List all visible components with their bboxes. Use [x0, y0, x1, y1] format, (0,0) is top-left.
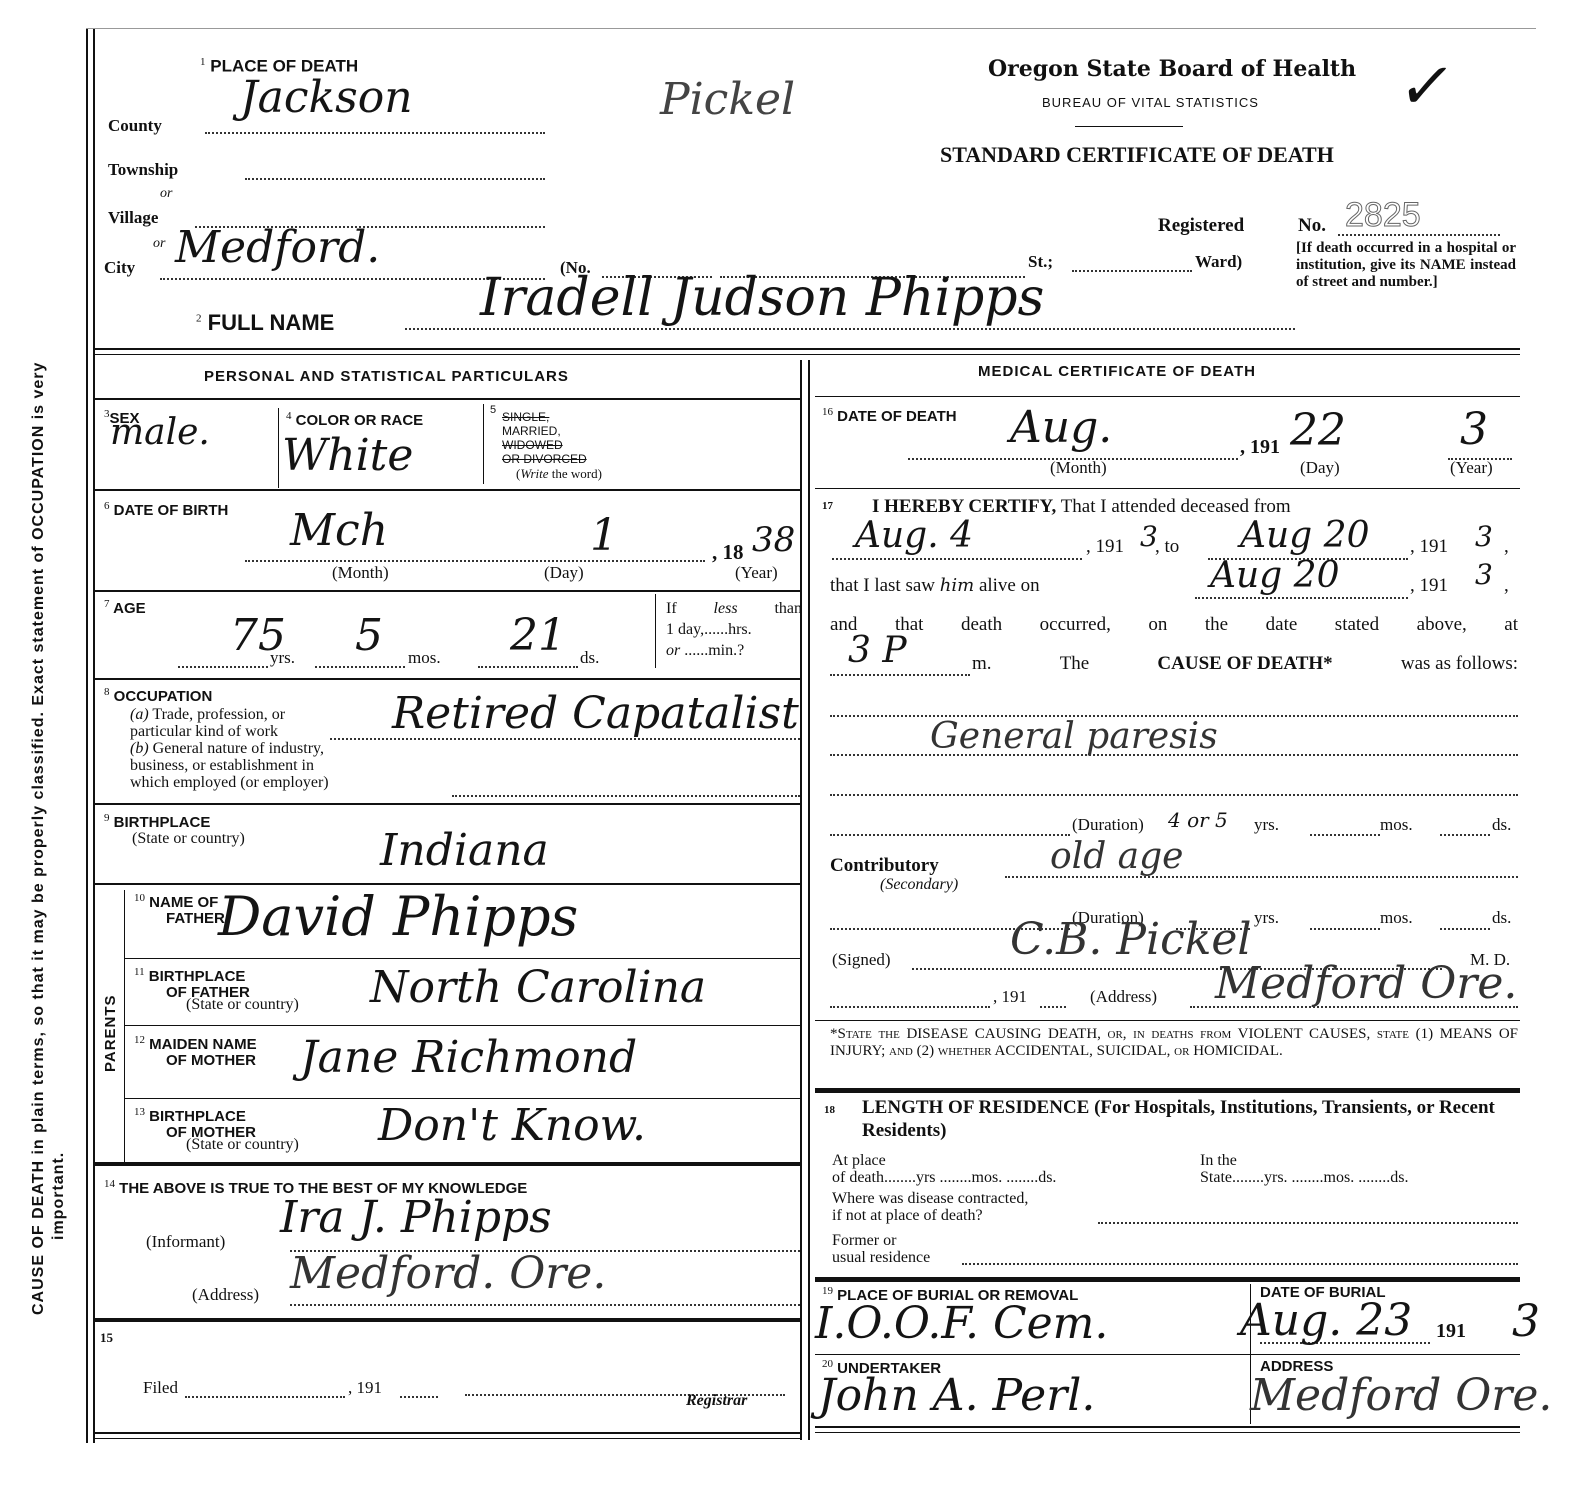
- certificate-title: STANDARD CERTIFICATE OF DEATH: [940, 142, 1334, 168]
- marital-status-options: SINGLE, MARRIED, WIDOWED OR DIVORCED: [502, 410, 587, 466]
- mother-name-value[interactable]: Jane Richmond: [300, 1032, 637, 1083]
- disease-contracted: Where was disease contracted, if not at …: [832, 1190, 1028, 1224]
- occupation-value[interactable]: Retired Capatalist: [392, 688, 799, 739]
- pronoun-value: him: [940, 575, 974, 596]
- age-less-than-day: Iflessthan 1 day,......hrs. or ......min…: [666, 598, 802, 661]
- county-label: County: [108, 116, 162, 136]
- informant-address-value[interactable]: Medford. Ore.: [290, 1248, 606, 1299]
- former-residence: Former or usual residence: [832, 1232, 930, 1266]
- marital-option-married: MARRIED,: [502, 424, 587, 438]
- father-name-value[interactable]: David Phipps: [218, 885, 578, 948]
- birthplace-value[interactable]: Indiana: [380, 825, 549, 876]
- agency-title: Oregon State Board of Health: [988, 56, 1356, 82]
- duration-years-value[interactable]: 4 or 5: [1168, 808, 1228, 832]
- village-label: Village: [108, 208, 158, 228]
- marital-hint: (Write the word): [516, 466, 602, 482]
- margin-note-line1: CAUSE OF DEATH in plain terms, so that i…: [30, 362, 47, 1315]
- signed-label: (Signed): [832, 950, 891, 970]
- check-mark-icon: ✓: [1393, 50, 1460, 124]
- dob-label: 6 DATE OF BIRTH: [104, 500, 228, 519]
- residence-in-state: In the State........yrs. ........mos. ..…: [1200, 1152, 1408, 1186]
- full-name-value[interactable]: Iradell Judson Phipps: [480, 268, 1044, 328]
- registrar-label: Registrar: [686, 1392, 747, 1410]
- last-saw-year[interactable]: 3: [1475, 558, 1493, 591]
- parents-label: PARENTS: [102, 994, 119, 1072]
- age-days[interactable]: 21: [510, 610, 566, 661]
- township-label: Township: [108, 160, 178, 180]
- margin-note-2: important.: [50, 1152, 68, 1240]
- birthplace-label: 9 BIRTHPLACE: [104, 812, 210, 831]
- physician-address[interactable]: Medford Ore.: [1215, 958, 1517, 1009]
- cause-of-death-value[interactable]: General paresis: [930, 716, 1218, 757]
- dod-label: 16 DATE OF DEATH: [822, 406, 957, 425]
- attended-to-date[interactable]: Aug 20: [1240, 515, 1369, 556]
- personal-heading: PERSONAL AND STATISTICAL PARTICULARS: [204, 368, 569, 385]
- undertaker-value[interactable]: John A. Perl.: [818, 1370, 1095, 1421]
- filed-label: Filed: [143, 1378, 178, 1398]
- father-birthplace-value[interactable]: North Carolina: [370, 962, 706, 1013]
- occurred-line: and that death occurred, on the date sta…: [830, 614, 1518, 636]
- residence-at-place: At place of death........yrs ........mos…: [832, 1152, 1056, 1186]
- annotation-pickel: Pickel: [660, 74, 795, 125]
- burial-place-value[interactable]: I.O.O.F. Cem.: [815, 1298, 1108, 1349]
- margin-note: CAUSE OF DEATH in plain terms, so that i…: [30, 362, 48, 1315]
- marital-option-divorced: OR DIVORCED: [502, 452, 587, 466]
- margin-note-line2: important.: [50, 1152, 67, 1240]
- bureau-title: BUREAU OF VITAL STATISTICS: [1042, 95, 1259, 110]
- undertaker-address-value[interactable]: Medford Ore.: [1250, 1370, 1552, 1421]
- dob-day[interactable]: 1: [590, 510, 618, 561]
- full-name-label: 2 FULL NAME: [196, 310, 334, 336]
- age-months[interactable]: 5: [355, 610, 383, 661]
- informant-value[interactable]: Ira J. Phipps: [280, 1192, 552, 1243]
- sex-value[interactable]: male.: [110, 412, 210, 453]
- occupation-label: 8 OCCUPATION: [104, 686, 212, 705]
- color-label: 4 COLOR OR RACE: [286, 410, 423, 429]
- county-value[interactable]: Jackson: [240, 72, 413, 123]
- mother-name-label: 12 MAIDEN NAME OF MOTHER: [134, 1032, 257, 1069]
- burial-date-value[interactable]: Aug. 23: [1240, 1295, 1412, 1346]
- cause-line: m. The CAUSE OF DEATH* was as follows:: [972, 653, 1518, 675]
- age-label: 7 AGE: [104, 598, 146, 617]
- registered-number: 2825: [1345, 196, 1421, 235]
- dod-year[interactable]: 3: [1460, 404, 1488, 455]
- burial-year[interactable]: 3: [1512, 1296, 1540, 1347]
- marital-option-widowed: WIDOWED: [502, 438, 587, 452]
- attended-to-year[interactable]: 3: [1475, 520, 1493, 553]
- dob-year[interactable]: 38: [752, 520, 795, 560]
- color-value[interactable]: White: [282, 430, 413, 481]
- last-saw-date[interactable]: Aug 20: [1210, 555, 1339, 596]
- dod-day[interactable]: 22: [1290, 405, 1346, 456]
- hospital-note: [If death occurred in a hospital or inst…: [1296, 240, 1516, 291]
- contributory-label: Contributory: [830, 855, 939, 877]
- last-saw-line: that I last saw him alive on: [830, 575, 1040, 597]
- contributory-value[interactable]: old age: [1050, 836, 1184, 877]
- dod-month[interactable]: Aug.: [1010, 402, 1112, 453]
- dob-month[interactable]: Mch: [290, 505, 388, 556]
- footnote: *State the DISEASE CAUSING DEATH, or, in…: [830, 1026, 1518, 1060]
- medical-heading: MEDICAL CERTIFICATE OF DEATH: [978, 363, 1256, 380]
- city-label: City: [104, 258, 135, 278]
- mother-birthplace-value[interactable]: Don't Know.: [378, 1100, 646, 1151]
- father-name-label: 10 NAME OF FATHER: [134, 890, 225, 927]
- residence-heading: LENGTH OF RESIDENCE (For Hospitals, Inst…: [862, 1096, 1522, 1142]
- time-of-death[interactable]: 3 P: [848, 630, 907, 671]
- attended-from-date[interactable]: Aug. 4: [855, 515, 973, 556]
- city-value[interactable]: Medford.: [175, 222, 380, 273]
- marital-option-single: SINGLE,: [502, 410, 587, 424]
